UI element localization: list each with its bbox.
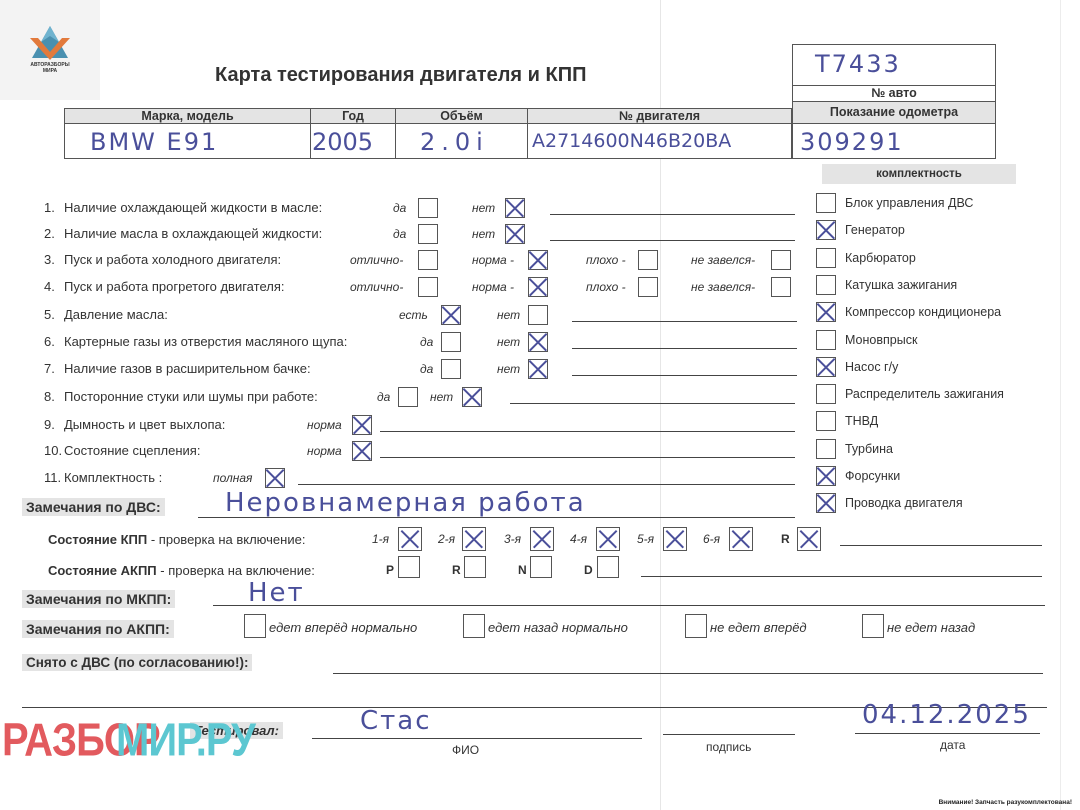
gear-checkbox[interactable] bbox=[398, 527, 422, 551]
checklist-question: 9.Дымность и цвет выхлопа: bbox=[44, 417, 225, 432]
option-label: да bbox=[393, 201, 406, 215]
gear-checkbox[interactable] bbox=[462, 527, 486, 551]
gear-label: 6-я bbox=[703, 532, 720, 546]
gear-label: 4-я bbox=[570, 532, 587, 546]
question-text: Состояние сцепления: bbox=[64, 443, 200, 458]
option-checkbox[interactable] bbox=[462, 387, 482, 407]
gear-checkbox[interactable] bbox=[530, 527, 554, 551]
option-checkbox[interactable] bbox=[265, 468, 285, 488]
gear-label: D bbox=[584, 563, 593, 577]
page-title: Карта тестирования двигателя и КПП bbox=[215, 64, 586, 87]
completeness-item-label: Карбюратор bbox=[845, 251, 916, 265]
option-checkbox[interactable] bbox=[528, 305, 548, 325]
header-col-year: Год bbox=[310, 108, 396, 124]
completeness-checkbox[interactable] bbox=[816, 357, 836, 377]
auto-remark-label: не едет назад bbox=[887, 620, 975, 635]
note-line[interactable] bbox=[572, 375, 797, 376]
option-label: нет bbox=[497, 362, 520, 376]
note-line[interactable] bbox=[572, 348, 797, 349]
footer-note: Внимание! Запчасть разукомплектована! bbox=[939, 799, 1072, 806]
option-checkbox[interactable] bbox=[638, 277, 658, 297]
completeness-item-label: Распределитель зажигания bbox=[845, 387, 1004, 401]
date-line bbox=[855, 733, 1040, 734]
completeness-item-label: Моновпрыск bbox=[845, 333, 917, 347]
option-checkbox[interactable] bbox=[441, 332, 461, 352]
auto-remark-checkbox[interactable] bbox=[244, 614, 266, 638]
completeness-checkbox[interactable] bbox=[816, 466, 836, 486]
note-line[interactable] bbox=[380, 457, 795, 458]
manual-gearbox-check-label: Состояние КПП - проверка на включение: bbox=[48, 532, 305, 547]
option-label: нет bbox=[497, 335, 520, 349]
auto-gearbox-line bbox=[641, 576, 1042, 577]
completeness-checkbox[interactable] bbox=[816, 330, 836, 350]
option-label: плохо - bbox=[586, 253, 626, 267]
option-label: да bbox=[420, 335, 433, 349]
option-label: не завелся- bbox=[691, 253, 755, 267]
manual-gearbox-line bbox=[840, 545, 1042, 546]
option-label: нет bbox=[472, 227, 495, 241]
auto-remark-label: едет назад нормально bbox=[488, 620, 628, 635]
option-label: полная bbox=[213, 471, 252, 485]
question-text: Наличие газов в расширительном бачке: bbox=[64, 361, 311, 376]
checklist-question: 10.Состояние сцепления: bbox=[44, 443, 200, 458]
question-number: 3. bbox=[44, 252, 64, 267]
auto-remark-label: не едет вперёд bbox=[710, 620, 807, 635]
question-text: Наличие масла в охлаждающей жидкости: bbox=[64, 226, 322, 241]
completeness-item-label: Катушка зажигания bbox=[845, 278, 957, 292]
odometer-label: Показание одометра bbox=[792, 101, 996, 124]
paper-edge-line bbox=[1060, 0, 1061, 810]
make-model-value: BMW E91 bbox=[90, 128, 218, 156]
completeness-item-label: Компрессор кондиционера bbox=[845, 305, 1001, 319]
manual-remarks-label: Замечания по МКПП: bbox=[22, 590, 175, 608]
completeness-item-label: Проводка двигателя bbox=[845, 496, 963, 510]
option-checkbox[interactable] bbox=[352, 441, 372, 461]
auto-number-label: № авто bbox=[792, 85, 996, 102]
gear-label: N bbox=[518, 563, 527, 577]
option-label: да bbox=[377, 390, 390, 404]
triangle-v-logo-icon bbox=[0, 0, 100, 70]
option-label: нет bbox=[472, 201, 495, 215]
checklist-question: 11.Комплектность : bbox=[44, 470, 162, 485]
completeness-checkbox[interactable] bbox=[816, 384, 836, 404]
question-text: Посторонние стуки или шумы при работе: bbox=[64, 389, 318, 404]
completeness-checkbox[interactable] bbox=[816, 248, 836, 268]
completeness-checkbox[interactable] bbox=[816, 302, 836, 322]
question-number: 10. bbox=[44, 443, 64, 458]
checklist-question: 7.Наличие газов в расширительном бачке: bbox=[44, 361, 311, 376]
completeness-heading: комплектность bbox=[822, 164, 1016, 184]
note-line[interactable] bbox=[298, 484, 795, 485]
option-checkbox[interactable] bbox=[505, 198, 525, 218]
completeness-checkbox[interactable] bbox=[816, 275, 836, 295]
option-checkbox[interactable] bbox=[441, 359, 461, 379]
odometer-value: 309291 bbox=[800, 128, 904, 156]
gear-checkbox[interactable] bbox=[663, 527, 687, 551]
auto-number-value: T7433 bbox=[815, 50, 901, 78]
signature-caption: подпись bbox=[706, 740, 751, 754]
tester-name-value[interactable]: Стас bbox=[360, 706, 432, 736]
auto-remarks-label: Замечания по АКПП: bbox=[22, 620, 174, 638]
manual-remarks-line bbox=[213, 605, 1045, 606]
option-checkbox[interactable] bbox=[528, 277, 548, 297]
note-line[interactable] bbox=[572, 321, 797, 322]
completeness-checkbox[interactable] bbox=[816, 493, 836, 513]
option-checkbox[interactable] bbox=[771, 250, 791, 270]
option-label: норма bbox=[307, 444, 342, 458]
engine-remarks-label: Замечания по ДВС: bbox=[22, 498, 165, 516]
completeness-checkbox[interactable] bbox=[816, 193, 836, 213]
option-label: нет bbox=[497, 308, 520, 322]
name-caption: ФИО bbox=[452, 743, 479, 757]
completeness-item-label: Генератор bbox=[845, 223, 905, 237]
option-label: отлично- bbox=[350, 280, 403, 294]
option-checkbox[interactable] bbox=[418, 224, 438, 244]
date-caption: дата bbox=[940, 738, 965, 752]
watermark-part2: МИР.РУ bbox=[116, 715, 255, 767]
auto-gearbox-check-label: Состояние АКПП - проверка на включение: bbox=[48, 563, 315, 578]
option-checkbox[interactable] bbox=[638, 250, 658, 270]
option-label: не завелся- bbox=[691, 280, 755, 294]
option-checkbox[interactable] bbox=[418, 277, 438, 297]
gear-checkbox[interactable] bbox=[596, 527, 620, 551]
question-number: 8. bbox=[44, 389, 64, 404]
checklist-question: 6.Картерные газы из отверстия масляного … bbox=[44, 334, 347, 349]
checklist-question: 8.Посторонние стуки или шумы при работе: bbox=[44, 389, 318, 404]
auto-remark-checkbox[interactable] bbox=[862, 614, 884, 638]
gear-checkbox[interactable] bbox=[530, 556, 552, 578]
year-value: 2005 bbox=[312, 128, 373, 156]
removed-label: Снято с ДВС (по согласованию!): bbox=[22, 654, 252, 671]
gear-label: 3-я bbox=[504, 532, 521, 546]
gear-label: P bbox=[386, 563, 394, 577]
completeness-checkbox[interactable] bbox=[816, 411, 836, 431]
question-number: 6. bbox=[44, 334, 64, 349]
option-label: отлично- bbox=[350, 253, 403, 267]
gear-label: R bbox=[781, 532, 790, 546]
header-col-make-model: Марка, модель bbox=[64, 108, 311, 124]
gear-label: 1-я bbox=[372, 532, 389, 546]
option-label: нет bbox=[430, 390, 453, 404]
option-label: да bbox=[393, 227, 406, 241]
option-label: норма bbox=[307, 418, 342, 432]
completeness-checkbox[interactable] bbox=[816, 439, 836, 459]
gear-label: 5-я bbox=[637, 532, 654, 546]
question-text: Картерные газы из отверстия масляного щу… bbox=[64, 334, 347, 349]
option-checkbox[interactable] bbox=[398, 387, 418, 407]
option-label: норма - bbox=[472, 253, 514, 267]
question-number: 11. bbox=[44, 470, 64, 485]
note-line[interactable] bbox=[380, 431, 795, 432]
gear-checkbox[interactable] bbox=[729, 527, 753, 551]
gear-checkbox[interactable] bbox=[797, 527, 821, 551]
auto-remark-checkbox[interactable] bbox=[463, 614, 485, 638]
completeness-item-label: Турбина bbox=[845, 442, 893, 456]
option-checkbox[interactable] bbox=[528, 250, 548, 270]
gear-checkbox[interactable] bbox=[597, 556, 619, 578]
question-number: 5. bbox=[44, 307, 64, 322]
note-line[interactable] bbox=[550, 214, 795, 215]
question-text: Давление масла: bbox=[64, 307, 168, 322]
option-checkbox[interactable] bbox=[528, 359, 548, 379]
option-checkbox[interactable] bbox=[771, 277, 791, 297]
note-line[interactable] bbox=[550, 240, 795, 241]
question-number: 9. bbox=[44, 417, 64, 432]
engine-number-value: A2714600N46B20BA bbox=[532, 130, 731, 152]
checklist-question: 4.Пуск и работа прогретого двигателя: bbox=[44, 279, 284, 294]
question-text: Дымность и цвет выхлопа: bbox=[64, 417, 225, 432]
option-checkbox[interactable] bbox=[505, 224, 525, 244]
logo-text: АВТОРАЗБОРЫМИРА bbox=[18, 62, 82, 74]
checklist-question: 2.Наличие масла в охлаждающей жидкости: bbox=[44, 226, 322, 241]
header-col-engine-number: № двигателя bbox=[527, 108, 792, 124]
name-line bbox=[312, 738, 642, 739]
logo: АВТОРАЗБОРЫМИРА bbox=[0, 0, 100, 100]
gear-label: R bbox=[452, 563, 461, 577]
option-checkbox[interactable] bbox=[441, 305, 461, 325]
question-text: Пуск и работа холодного двигателя: bbox=[64, 252, 281, 267]
question-number: 4. bbox=[44, 279, 64, 294]
header-col-volume: Объём bbox=[395, 108, 528, 124]
engine-remarks-value[interactable]: Неровнамерная работа bbox=[225, 488, 586, 518]
removed-line[interactable] bbox=[333, 673, 1043, 674]
manual-remarks-value[interactable]: Нет bbox=[248, 578, 305, 608]
question-number: 7. bbox=[44, 361, 64, 376]
checklist-question: 1.Наличие охлаждающей жидкости в масле: bbox=[44, 200, 322, 215]
option-checkbox[interactable] bbox=[418, 250, 438, 270]
question-number: 2. bbox=[44, 226, 64, 241]
option-label: есть bbox=[399, 308, 428, 322]
completeness-item-label: Блок управления ДВС bbox=[845, 196, 973, 210]
option-checkbox[interactable] bbox=[352, 415, 372, 435]
checklist-question: 5.Давление масла: bbox=[44, 307, 168, 322]
completeness-item-label: Насос г/у bbox=[845, 360, 898, 374]
gear-checkbox[interactable] bbox=[398, 556, 420, 578]
signature-line[interactable] bbox=[663, 734, 795, 735]
option-checkbox[interactable] bbox=[418, 198, 438, 218]
question-text: Наличие охлаждающей жидкости в масле: bbox=[64, 200, 322, 215]
auto-remark-checkbox[interactable] bbox=[685, 614, 707, 638]
gear-label: 2-я bbox=[438, 532, 455, 546]
completeness-checkbox[interactable] bbox=[816, 220, 836, 240]
option-label: плохо - bbox=[586, 280, 626, 294]
option-checkbox[interactable] bbox=[528, 332, 548, 352]
option-label: да bbox=[420, 362, 433, 376]
checklist-question: 3.Пуск и работа холодного двигателя: bbox=[44, 252, 281, 267]
note-line[interactable] bbox=[510, 403, 795, 404]
completeness-item-label: Форсунки bbox=[845, 469, 900, 483]
option-label: норма - bbox=[472, 280, 514, 294]
auto-remark-label: едет вперёд нормально bbox=[269, 620, 417, 635]
date-value[interactable]: 04.12.2025 bbox=[862, 700, 1031, 730]
completeness-item-label: ТНВД bbox=[845, 414, 878, 428]
question-number: 1. bbox=[44, 200, 64, 215]
question-text: Пуск и работа прогретого двигателя: bbox=[64, 279, 284, 294]
gear-checkbox[interactable] bbox=[464, 556, 486, 578]
volume-value: 2.0i bbox=[420, 128, 489, 156]
question-text: Комплектность : bbox=[64, 470, 162, 485]
